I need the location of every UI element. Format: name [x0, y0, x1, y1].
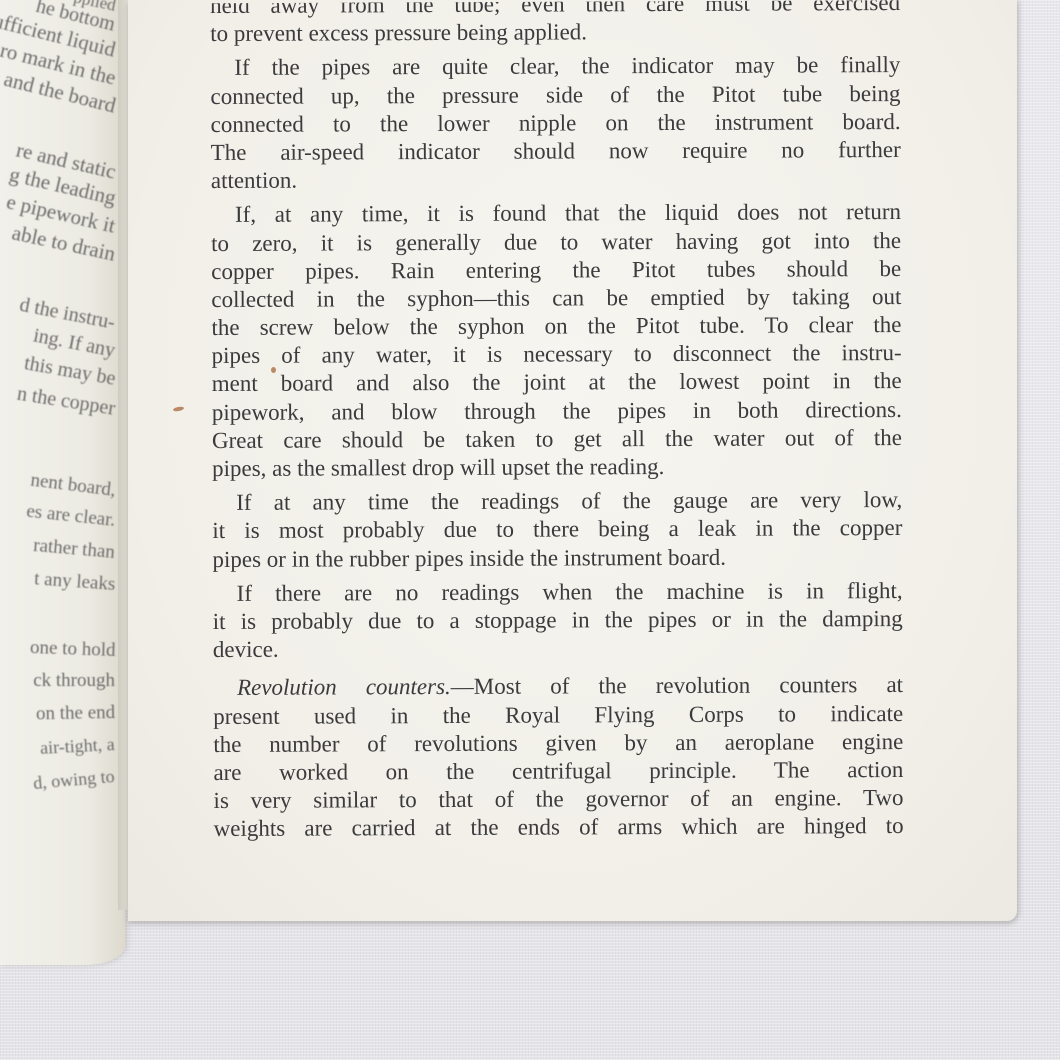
text-line: weights are carried at the ends of arms …	[214, 812, 904, 843]
cut-off-line: held away from the tube; even then care …	[210, 0, 900, 20]
left-page-line: rather than	[33, 535, 116, 564]
left-page-line: air-tight, a	[40, 734, 116, 759]
text-line: present used in the Royal Flying Corps t…	[213, 699, 903, 730]
text-line: If at any time the readings of the gauge…	[212, 486, 902, 517]
text-line: Revolution counters.—Most of the revolut…	[213, 671, 903, 702]
text-line: to prevent excess pressure being applied…	[210, 17, 900, 48]
text-line: pipes of any water, it is necessary to d…	[212, 339, 902, 370]
text-line: are worked on the centrifugal principle.…	[213, 756, 903, 787]
text-line: If the pipes are quite clear, the indica…	[210, 51, 900, 82]
left-page-line: one to hold	[29, 637, 115, 662]
paragraph: If, at any time, it is found that the li…	[211, 198, 902, 483]
page-body-text: held away from the tube; even then care …	[210, 0, 904, 843]
left-page-line: d the instru-	[18, 294, 117, 335]
text-line: Great care should be taken to get all th…	[212, 424, 902, 455]
text-line: connected to the lower nipple on the ins…	[211, 108, 901, 139]
text-line: collected in the syphon—this can be empt…	[211, 283, 901, 314]
text-line: pipes, as the smallest drop will upset t…	[212, 452, 902, 483]
text-line: device.	[213, 633, 903, 664]
text-line: to zero, it is generally due to water ha…	[211, 226, 901, 257]
paragraph-revolution-counters: Revolution counters.—Most of the revolut…	[213, 671, 904, 843]
text-line: copper pipes. Rain entering the Pitot tu…	[211, 255, 901, 286]
text-line: the screw below the syphon on the Pitot …	[211, 311, 901, 342]
text-line: pipework, and blow through the pipes in …	[212, 396, 902, 427]
left-page-line: t any leaks	[33, 568, 116, 596]
text-line: ment board and also the joint at the low…	[212, 367, 902, 398]
left-page-line: ck through	[33, 670, 115, 692]
text-run: —Most of the revolution counters at	[451, 672, 903, 699]
paragraph: If at any time the readings of the gauge…	[212, 486, 902, 574]
stain-mark	[173, 406, 185, 412]
left-page: pplied he bottom ufficient liquid ro mar…	[0, 0, 125, 965]
right-page: held away from the tube; even then care …	[128, 0, 1017, 921]
text-line: it is probably due to a stoppage in the …	[213, 605, 903, 636]
text-line: attention.	[211, 164, 901, 195]
left-page-line: es are clear.	[25, 501, 116, 532]
text-line: is very similar to that of the governor …	[213, 784, 903, 815]
left-page-line: d, owing to	[33, 766, 116, 794]
text-line: connected up, the pressure side of the P…	[210, 80, 900, 111]
paragraph: If there are no readings when the machin…	[213, 577, 903, 665]
paragraph: If the pipes are quite clear, the indica…	[210, 51, 901, 195]
text-line: If, at any time, it is found that the li…	[211, 198, 901, 229]
text-line: it is most probably due to there being a…	[212, 514, 902, 545]
text-line: The air-speed indicator should now requi…	[211, 136, 901, 167]
text-line: If there are no readings when the machin…	[213, 577, 903, 608]
left-page-line: on the end	[36, 702, 116, 725]
left-page-line: nent board,	[29, 470, 117, 502]
text-line: the number of revolutions given by an ae…	[213, 728, 903, 759]
section-heading: Revolution counters.	[237, 674, 451, 700]
text-line: pipes or in the rubber pipes inside the …	[212, 543, 902, 574]
